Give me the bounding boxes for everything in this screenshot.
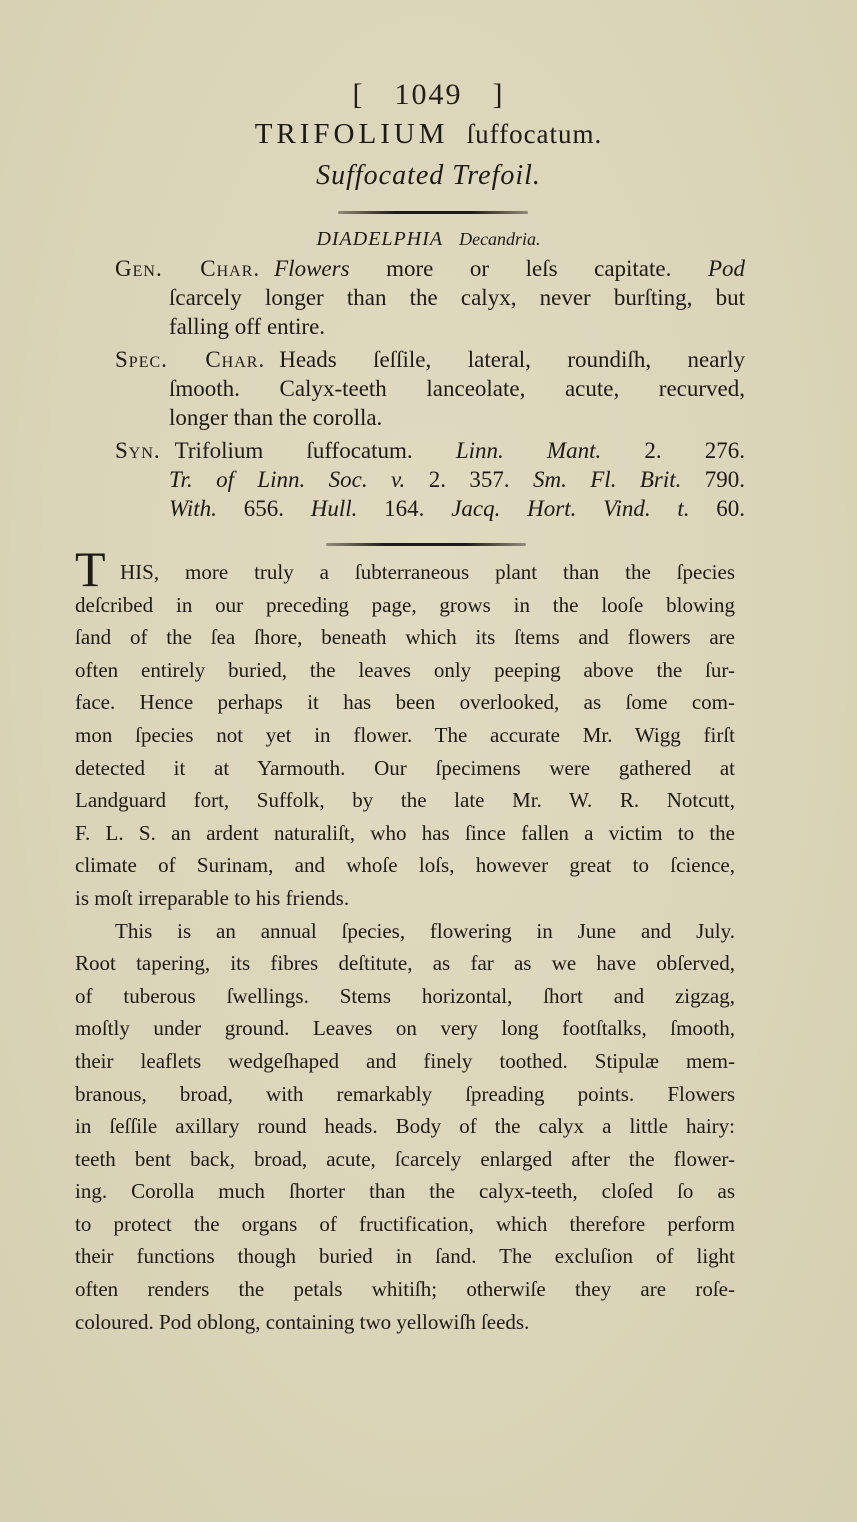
syn-line-2: Tr. of Linn. Soc. v. 2. 357. Sm. Fl. Bri… <box>115 465 745 494</box>
page-number-value: 1049 <box>395 78 463 111</box>
linnaean-order: Decandria. <box>459 229 540 249</box>
paragraph-line: climate of Surinam, and whoſe loſs, howe… <box>75 849 735 882</box>
paragraph-line: Root tapering, its fibres deſtitute, as … <box>75 947 735 980</box>
genus-name: TRIFOLIUM <box>255 118 449 150</box>
bracket-close: ] <box>493 78 505 112</box>
specific-character: Spec. Char.Heads ſeſſile, lateral, round… <box>115 345 745 432</box>
gen-char-line-2: ſcarcely longer than the calyx, never bu… <box>115 283 745 312</box>
paragraph-line: their functions though buried in ſand. T… <box>75 1240 735 1273</box>
spec-char-line-3: longer than the corolla. <box>115 403 745 432</box>
paragraph-line: deſcribed in our preceding page, grows i… <box>75 589 735 622</box>
paragraph-line: ſand of the ſea ſhore, beneath which its… <box>75 621 735 654</box>
spec-char-line-2: ſmooth. Calyx-teeth lanceolate, acute, r… <box>115 374 745 403</box>
paragraph-line: their leaflets wedgeſhaped and finely to… <box>75 1045 735 1078</box>
book-page: [1049] TRIFOLIUMſuffocatum. Suffocated T… <box>0 0 857 1522</box>
drop-cap: T <box>75 544 106 594</box>
synonymy: Syn.Trifolium ſuffocatum. Linn. Mant. 2.… <box>115 436 745 523</box>
paragraph-line: coloured. Pod oblong, containing two yel… <box>75 1306 735 1339</box>
divider-rule <box>338 211 528 214</box>
paragraph-line: F. L. S. an ardent naturaliſt, who has ſ… <box>75 817 735 850</box>
gen-char-line-3: falling off entire. <box>115 312 745 341</box>
syn-line-3: With. 656. Hull. 164. Jacq. Hort. Vind. … <box>115 494 745 523</box>
species-name: ſuffocatum. <box>467 119 603 149</box>
paragraph-1: THIS, more truly a ſubterraneous plant t… <box>75 556 735 915</box>
paragraph-line: THIS, more truly a ſubterraneous plant t… <box>75 556 735 589</box>
description-body: THIS, more truly a ſubterraneous plant t… <box>75 556 735 1338</box>
generic-character: Gen. Char.Flowers more or leſs capitate.… <box>115 254 745 341</box>
paragraph-line: detected it at Yarmouth. Our ſpecimens w… <box>75 752 735 785</box>
paragraph-line: often renders the petals whitiſh; otherw… <box>75 1273 735 1306</box>
page-title: TRIFOLIUMſuffocatum. <box>0 118 857 151</box>
paragraph-line: ing. Corolla much ſhorter than the calyx… <box>75 1175 735 1208</box>
paragraph-line: Landguard fort, Suffolk, by the late Mr.… <box>75 784 735 817</box>
linnaean-class: DIADELPHIA <box>316 228 443 250</box>
syn-label: Syn. <box>115 438 161 463</box>
syn-line-1: Syn.Trifolium ſuffocatum. Linn. Mant. 2.… <box>115 436 745 465</box>
paragraph-line: is moſt irreparable to his friends. <box>75 882 735 915</box>
divider-rule <box>326 543 526 546</box>
characters-section: Gen. Char.Flowers more or leſs capitate.… <box>115 254 745 527</box>
common-name: Suffocated Trefoil. <box>0 160 857 192</box>
paragraph-line: mon ſpecies not yet in flower. The accur… <box>75 719 735 752</box>
paragraph-line: in ſeſſile axillary round heads. Body of… <box>75 1110 735 1143</box>
gen-char-line-1: Gen. Char.Flowers more or leſs capitate.… <box>115 254 745 283</box>
paragraph-line: to protect the organs of fructification,… <box>75 1208 735 1241</box>
bracket-open: [ <box>353 78 365 112</box>
spec-char-label: Spec. Char. <box>115 347 265 372</box>
classification: DIADELPHIADecandria. <box>0 228 857 251</box>
paragraph-line: face. Hence perhaps it has been overlook… <box>75 686 735 719</box>
paragraph-line: of tuberous ſwellings. Stems horizontal,… <box>75 980 735 1013</box>
page-number: [1049] <box>0 78 857 112</box>
paragraph-line: This is an annual ſpecies, flowering in … <box>75 915 735 948</box>
paragraph-line: often entirely buried, the leaves only p… <box>75 654 735 687</box>
paragraph-line: branous, broad, with remarkably ſpreadin… <box>75 1078 735 1111</box>
paragraph-line: teeth bent back, broad, acute, ſcarcely … <box>75 1143 735 1176</box>
paragraph-2: This is an annual ſpecies, flowering in … <box>75 915 735 1339</box>
paragraph-line: moſtly under ground. Leaves on very long… <box>75 1012 735 1045</box>
gen-char-label: Gen. Char. <box>115 256 260 281</box>
spec-char-line-1: Spec. Char.Heads ſeſſile, lateral, round… <box>115 345 745 374</box>
